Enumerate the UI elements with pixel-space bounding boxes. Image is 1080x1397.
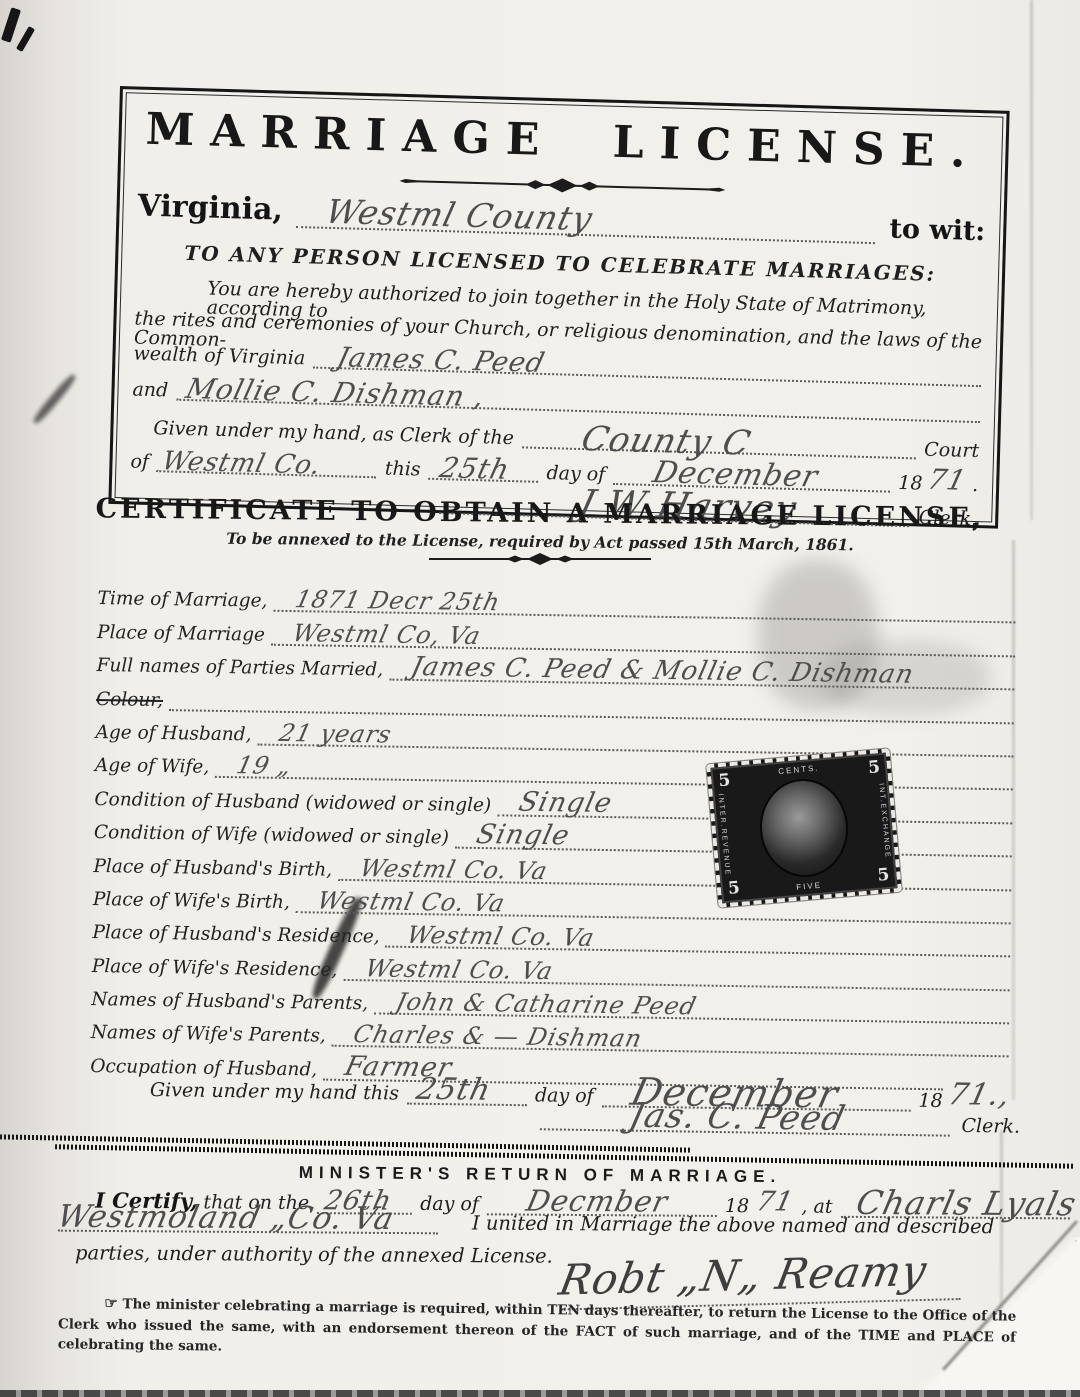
- field-value: Single: [473, 819, 572, 851]
- cert-day-line: 25th: [407, 1097, 527, 1107]
- of-label: of: [130, 452, 149, 472]
- minister-signature-value: Robt „N„ Reamy: [555, 1246, 931, 1305]
- groom-name-value: James C. Peed: [334, 344, 547, 377]
- field-label: Names of Husband's Parents,: [91, 989, 368, 1014]
- day-of-label: day of: [546, 464, 605, 485]
- field-value: John & Catharine Peed: [393, 988, 699, 1021]
- field-value: Westml Co, Va: [290, 619, 484, 650]
- scan-corner-mark: [16, 26, 35, 52]
- given-under-hand-label: Given under my hand, as Clerk of the: [153, 419, 514, 448]
- field-label: Time of Marriage,: [97, 588, 267, 612]
- stamp-right-text: INT.EXCHANGE: [877, 783, 891, 859]
- scan-bottom-edge: [0, 1390, 1080, 1397]
- bride-name-value: Mollie C. Dishman ,: [183, 375, 488, 411]
- footnote: ☞ The minister celebrating a marriage is…: [58, 1291, 1017, 1367]
- field-value: 1871 Decr 25th: [292, 586, 503, 617]
- cert-day-of-label: day of: [535, 1084, 594, 1107]
- page-title: MARRIAGE LICENSE.: [139, 104, 988, 179]
- min-place2-line: Westmoland „Co. Va: [58, 1224, 438, 1235]
- cert-year-value: 71.,: [945, 1077, 1014, 1113]
- field-label: Place of Wife's Birth,: [93, 889, 290, 913]
- year-prefix-label: 18: [898, 474, 923, 494]
- stamp-denomination: 5: [718, 770, 732, 791]
- united-in-marriage-text: I united in Marriage the above named and…: [472, 1212, 994, 1239]
- stamp-denomination: 5: [877, 865, 891, 886]
- parties-text: parties, under authority of the annexed …: [75, 1241, 553, 1267]
- this-label: this: [385, 460, 421, 480]
- cert-clerk-label: Clerk.: [961, 1115, 1020, 1138]
- cert-signature-value: Jas. C. Peed: [626, 1096, 850, 1139]
- certificate-signature-line: Jas. C. Peed Clerk.: [540, 1108, 1020, 1138]
- ornament-divider-2-icon: [425, 552, 655, 566]
- and-label: and: [132, 380, 168, 400]
- field-value: Westml Co. Va: [315, 886, 508, 917]
- license-border-box: MARRIAGE LICENSE. Virginia, Westml Count…: [108, 86, 1009, 529]
- cert-day-value: 25th: [413, 1072, 494, 1108]
- field-value: 21 years: [276, 719, 394, 749]
- revenue-stamp: 5 5 5 5 CENTS. FIVE INTER.REVENUE INT.EX…: [706, 748, 902, 907]
- field-value: Westml Co. Va: [404, 921, 597, 952]
- wealth-of-virginia-label: wealth of Virginia: [133, 344, 305, 368]
- cert-year-prefix: 18: [918, 1090, 942, 1112]
- ink-smear: [31, 372, 78, 425]
- field-value: Charles & — Dishman: [351, 1021, 646, 1053]
- footnote-text: The minister celebrating a marriage is r…: [58, 1296, 1017, 1354]
- stamp-portrait-oval: [756, 775, 852, 880]
- field-label: Place of Husband's Residence,: [92, 922, 380, 948]
- county-handwritten-value: Westml County: [322, 192, 597, 238]
- field-label: Colour,: [96, 689, 163, 711]
- certificate-subheading-text: To be annexed to the License, required b…: [226, 529, 854, 555]
- ornament-divider-2: [0, 552, 1080, 566]
- field-label: Place of Marriage: [97, 622, 265, 646]
- stamp-left-text: INTER.REVENUE: [717, 793, 731, 876]
- stamp-denomination: 5: [727, 878, 741, 899]
- minister-line-3: parties, under authority of the annexed …: [75, 1241, 553, 1267]
- field-label: Place of Wife's Residence,: [92, 956, 338, 981]
- scanned-marriage-license-page: { "license": { "title": "MARRIAGE LICENS…: [0, 0, 1080, 1397]
- stamp-cents-text: CENTS.: [778, 763, 820, 776]
- pointing-hand-icon: ☞: [104, 1294, 118, 1312]
- period-label: .: [972, 476, 979, 495]
- field-label: Full names of Parties Married,: [96, 655, 383, 680]
- field-value: 19 „: [234, 752, 295, 781]
- field-label: Names of Wife's Parents,: [91, 1022, 326, 1047]
- year-handwritten-value: 71: [925, 466, 969, 495]
- min-place2-value: Westmoland „Co. Va: [54, 1199, 398, 1237]
- field-value: Single: [516, 786, 615, 818]
- scan-corner-mark: [1, 7, 21, 42]
- field-value: Westml Co. Va: [357, 854, 550, 885]
- field-value: Westml Co. Va: [362, 954, 555, 985]
- stamp-denomination: 5: [867, 757, 881, 778]
- court-label: Court: [924, 441, 979, 462]
- cert-signature-rule: Jas. C. Peed: [540, 1122, 950, 1136]
- field-label: Place of Husband's Birth,: [93, 855, 332, 880]
- county-blank-line: Westml County: [297, 218, 876, 244]
- field-label: Age of Wife,: [95, 755, 210, 778]
- stamp-five-text: FIVE: [796, 881, 822, 892]
- state-label: Virginia,: [137, 189, 283, 228]
- fold-crease-top: [1030, 0, 1033, 520]
- field-label: Age of Husband,: [95, 722, 251, 745]
- to-wit-label: to wit:: [889, 214, 986, 248]
- license-title-text: MARRIAGE LICENSE.: [145, 104, 982, 178]
- cert-given-label: Given under my hand this: [150, 1079, 399, 1104]
